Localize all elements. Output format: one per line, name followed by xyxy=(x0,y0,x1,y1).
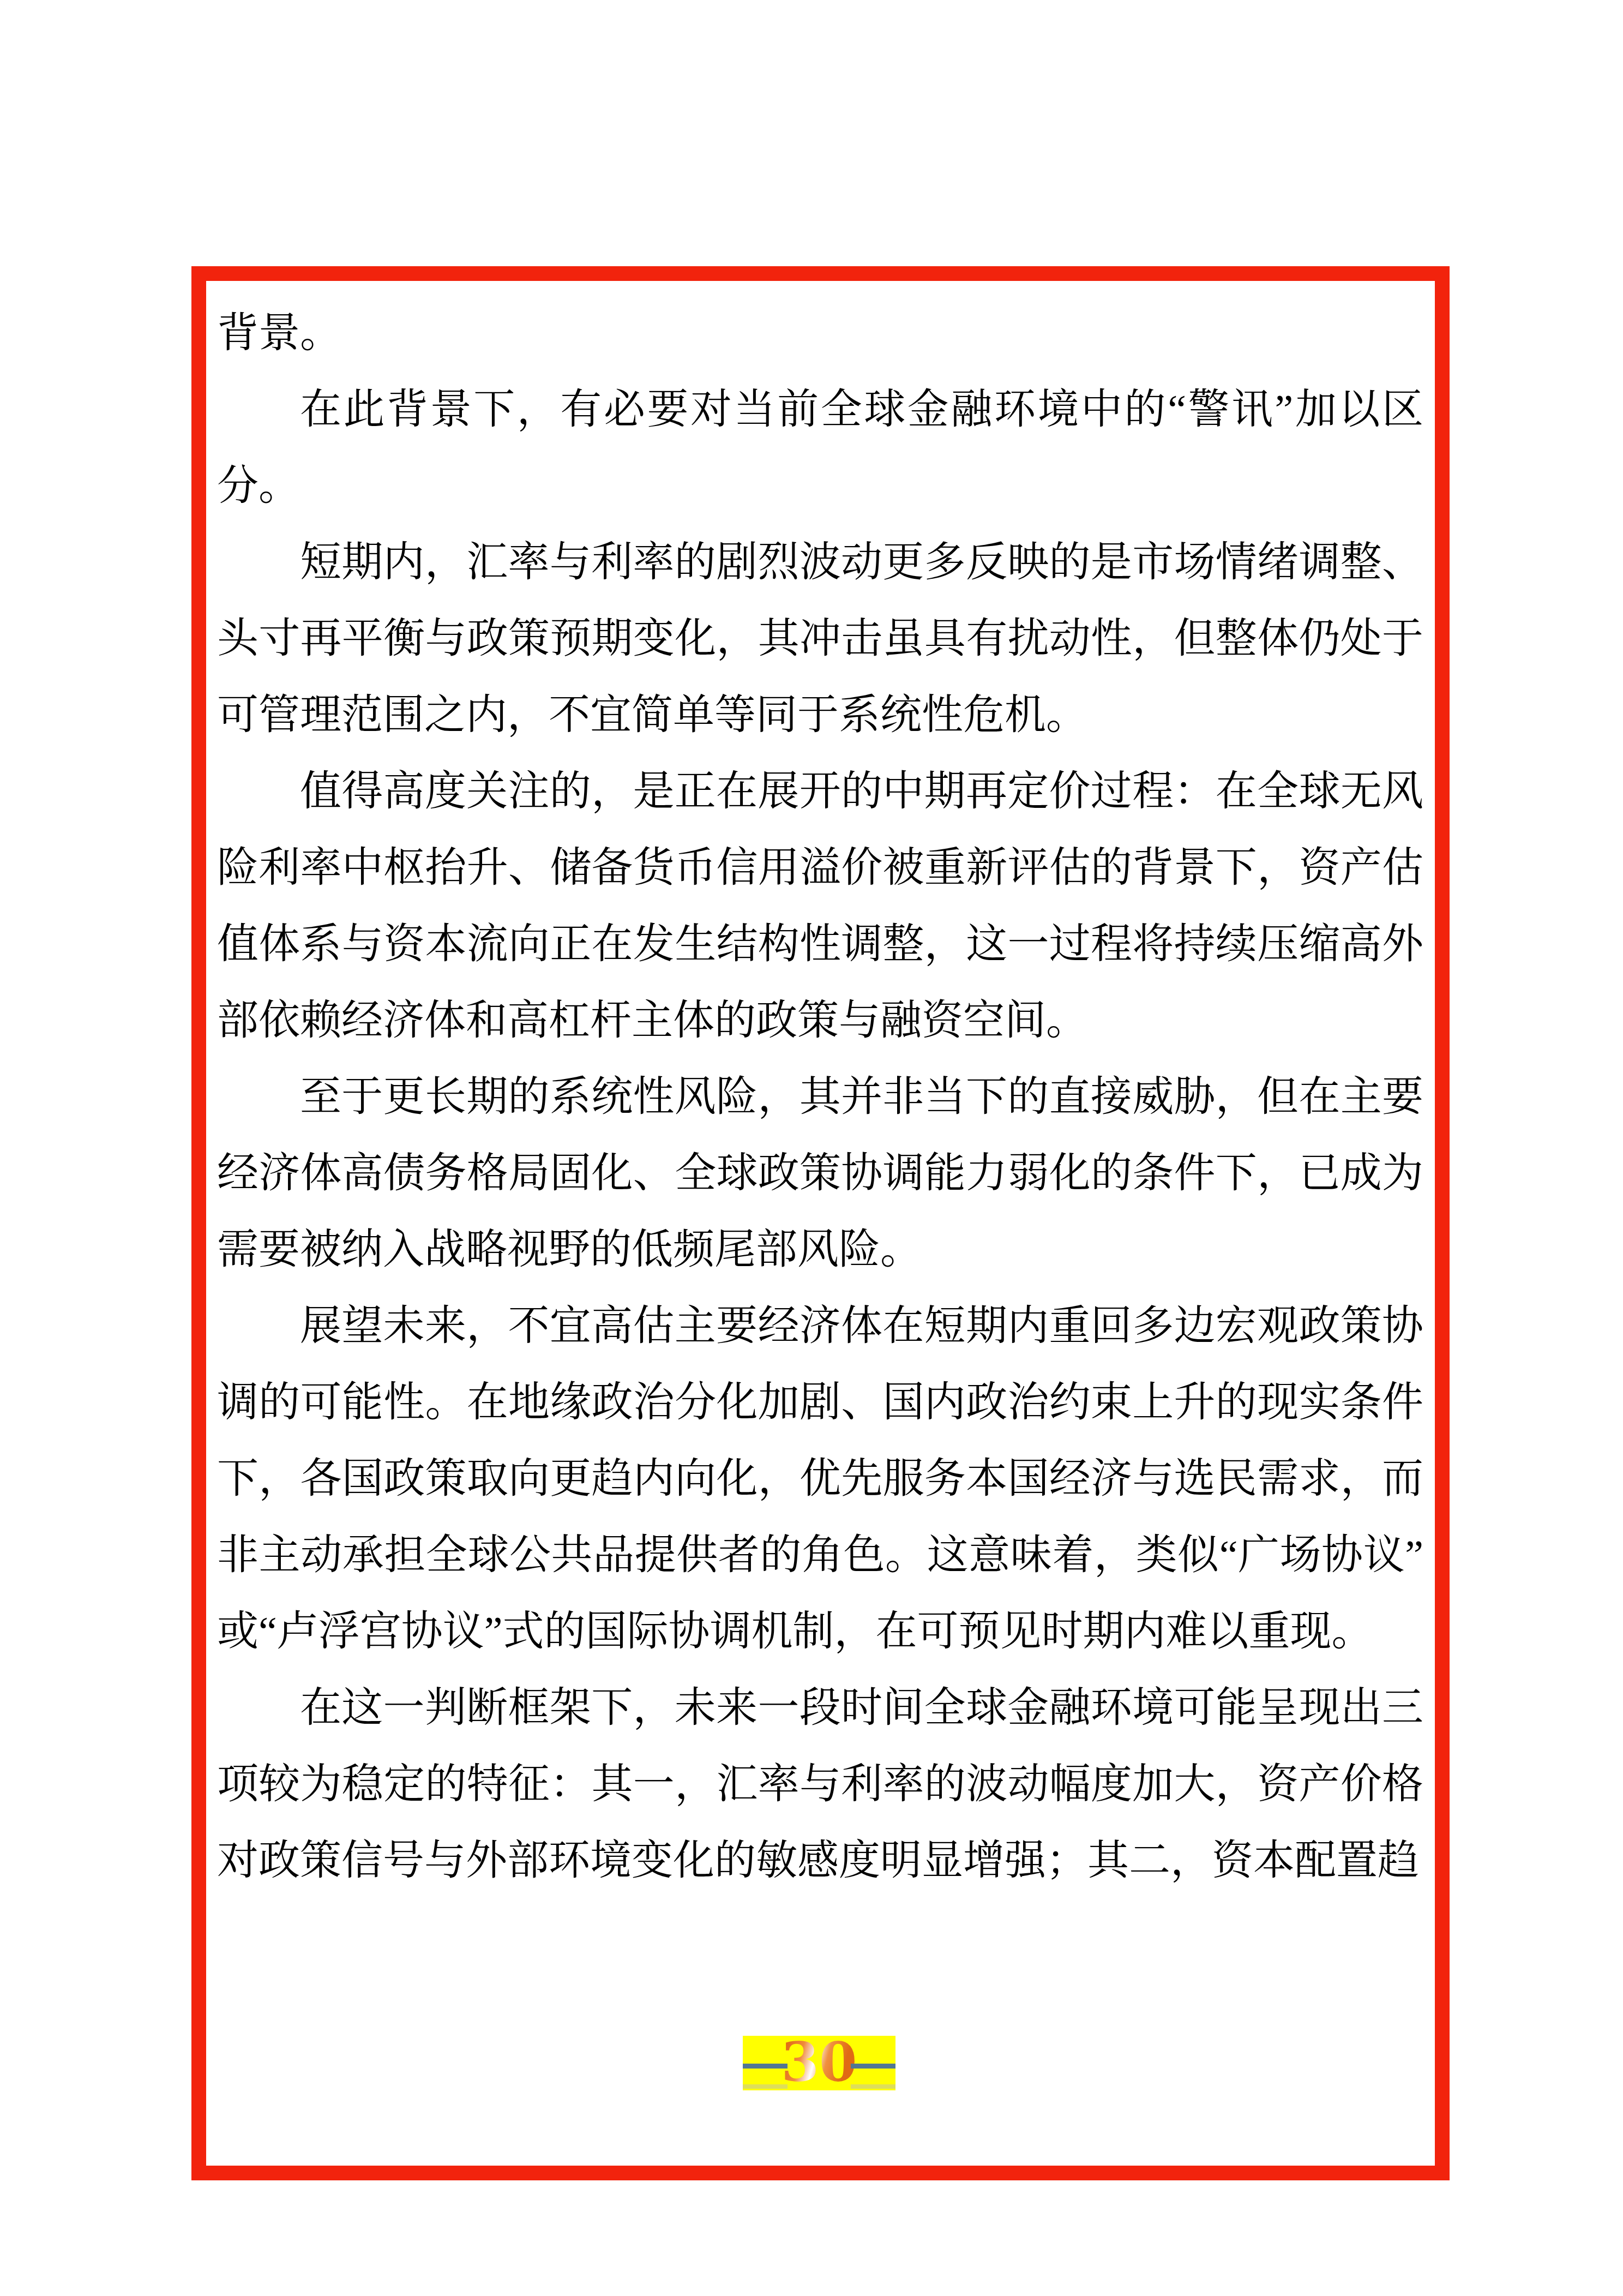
page-number-footer: 30 xyxy=(743,2036,895,2090)
paragraph: 值得高度关注的，是正在展开的中期再定价过程：在全球无风险利率中枢抬升、储备货币信… xyxy=(217,753,1423,1059)
red-border-frame: 背景。 在此背景下，有必要对当前全球金融环境中的“警讯”加以区分。 短期内，汇率… xyxy=(191,266,1450,2180)
footer-dash-shadow-right xyxy=(851,2084,895,2089)
body-text: 背景。 在此背景下，有必要对当前全球金融环境中的“警讯”加以区分。 短期内，汇率… xyxy=(217,295,1423,1899)
paragraph: 展望未来，不宜高估主要经济体在短期内重回多边宏观政策协调的可能性。在地缘政治分化… xyxy=(217,1288,1423,1670)
page-number: 30 xyxy=(781,2035,857,2089)
paragraph: 背景。 xyxy=(217,295,1423,371)
paragraph: 至于更长期的系统性风险，其并非当下的直接威胁，但在主要经济体高债务格局固化、全球… xyxy=(217,1059,1423,1288)
paragraph: 在此背景下，有必要对当前全球金融环境中的“警讯”加以区分。 xyxy=(217,371,1423,524)
document-page: 背景。 在此背景下，有必要对当前全球金融环境中的“警讯”加以区分。 短期内，汇率… xyxy=(0,0,1623,2296)
paragraph: 短期内，汇率与利率的剧烈波动更多反映的是市场情绪调整、头寸再平衡与政策预期变化，… xyxy=(217,524,1423,753)
footer-dash-shadow-left xyxy=(743,2084,788,2089)
paragraph: 在这一判断框架下，未来一段时间全球金融环境可能呈现出三项较为稳定的特征：其一，汇… xyxy=(217,1670,1423,1899)
footer-dash-right xyxy=(851,2064,895,2069)
